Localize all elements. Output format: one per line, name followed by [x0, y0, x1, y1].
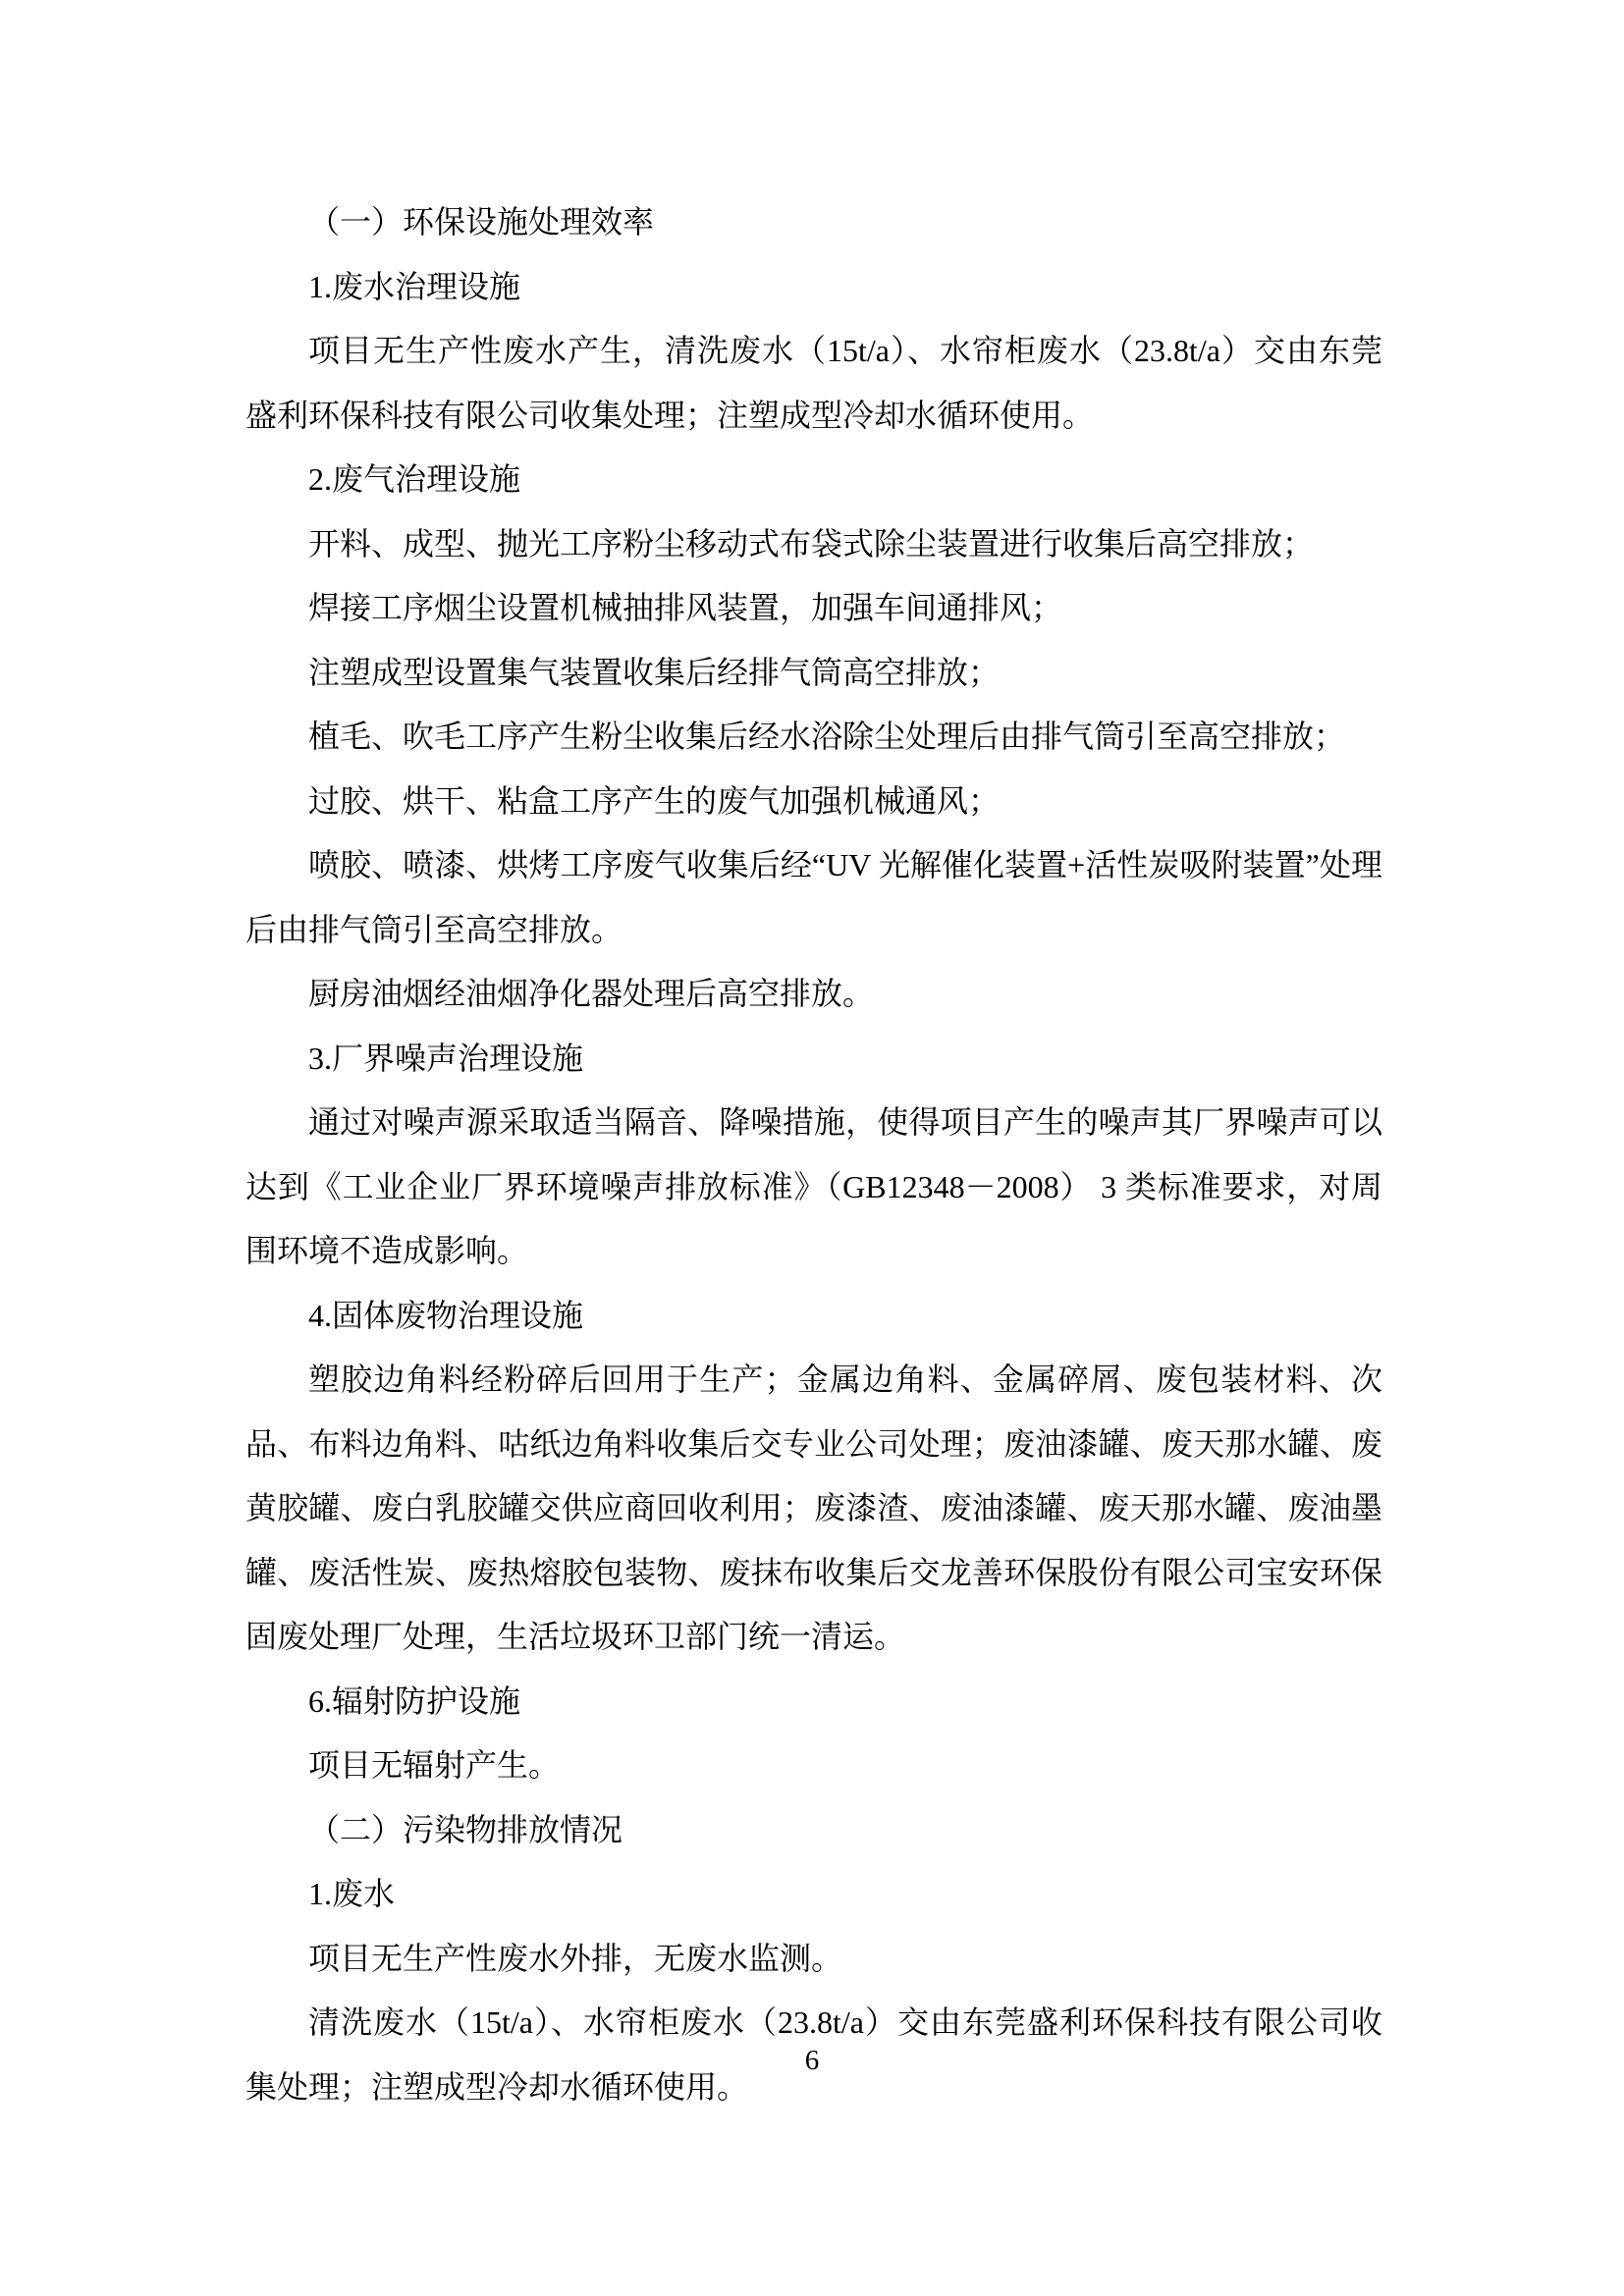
page-footer: 6 [0, 2044, 1624, 2077]
body-paragraph: 项目无辐射产生。 [245, 1734, 1382, 1798]
body-paragraph: 项目无生产性废水外排，无废水监测。 [245, 1927, 1382, 1992]
section-heading: （一）环保设施处理效率 [245, 190, 1382, 255]
body-paragraph: 焊接工序烟尘设置机械抽排风装置，加强车间通排风； [245, 576, 1382, 641]
document-body: （一）环保设施处理效率 1.废水治理设施 项目无生产性废水产生，清洗废水（15t… [245, 190, 1382, 2119]
body-paragraph: 过胶、烘干、粘盒工序产生的废气加强机械通风； [245, 770, 1382, 834]
body-paragraph: 喷胶、喷漆、烘烤工序废气收集后经“UV 光解催化装置+活性炭吸附装置”处理后由排… [245, 833, 1382, 962]
body-paragraph: 通过对噪声源采取适当隔音、降噪措施，使得项目产生的噪声其厂界噪声可以达到《工业企… [245, 1091, 1382, 1284]
subsection-heading: 1.废水 [245, 1862, 1382, 1927]
subsection-heading: 3.厂界噪声治理设施 [245, 1027, 1382, 1092]
subsection-heading: 1.废水治理设施 [245, 255, 1382, 320]
subsection-heading: 2.废气治理设施 [245, 448, 1382, 512]
body-paragraph: 注塑成型设置集气装置收集后经排气筒高空排放； [245, 641, 1382, 706]
body-paragraph: 开料、成型、抛光工序粉尘移动式布袋式除尘装置进行收集后高空排放； [245, 512, 1382, 577]
section-heading: （二）污染物排放情况 [245, 1798, 1382, 1863]
subsection-heading: 6.辐射防护设施 [245, 1670, 1382, 1735]
body-paragraph: 厨房油烟经油烟净化器处理后高空排放。 [245, 962, 1382, 1027]
subsection-heading: 4.固体废物治理设施 [245, 1284, 1382, 1349]
body-paragraph: 项目无生产性废水产生，清洗废水（15t/a）、水帘柜废水（23.8t/a）交由东… [245, 319, 1382, 448]
body-paragraph: 塑胶边角料经粉碎后回用于生产；金属边角料、金属碎屑、废包装材料、次品、布料边角料… [245, 1348, 1382, 1670]
document-page: （一）环保设施处理效率 1.废水治理设施 项目无生产性废水产生，清洗废水（15t… [0, 0, 1624, 2296]
body-paragraph: 植毛、吹毛工序产生粉尘收集后经水浴除尘处理后由排气筒引至高空排放； [245, 705, 1382, 770]
page-number: 6 [805, 2045, 820, 2076]
